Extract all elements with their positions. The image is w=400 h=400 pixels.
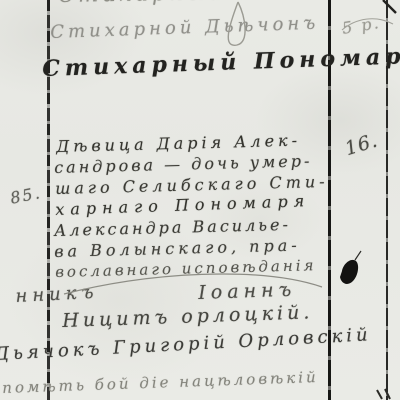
- flourish-swoop: [64, 274, 322, 294]
- ink-blot: [340, 260, 358, 284]
- flourish-loop: [228, 2, 245, 45]
- flourish-fee: [342, 19, 393, 30]
- bottom-right-mark: [377, 389, 390, 399]
- scanned-register-page: Стихарный дьячокъ Стихарной Дьѣчонъ 5 р.…: [0, 0, 400, 400]
- corner-stroke: [383, 0, 396, 13]
- ink-marks-overlay: [0, 0, 400, 400]
